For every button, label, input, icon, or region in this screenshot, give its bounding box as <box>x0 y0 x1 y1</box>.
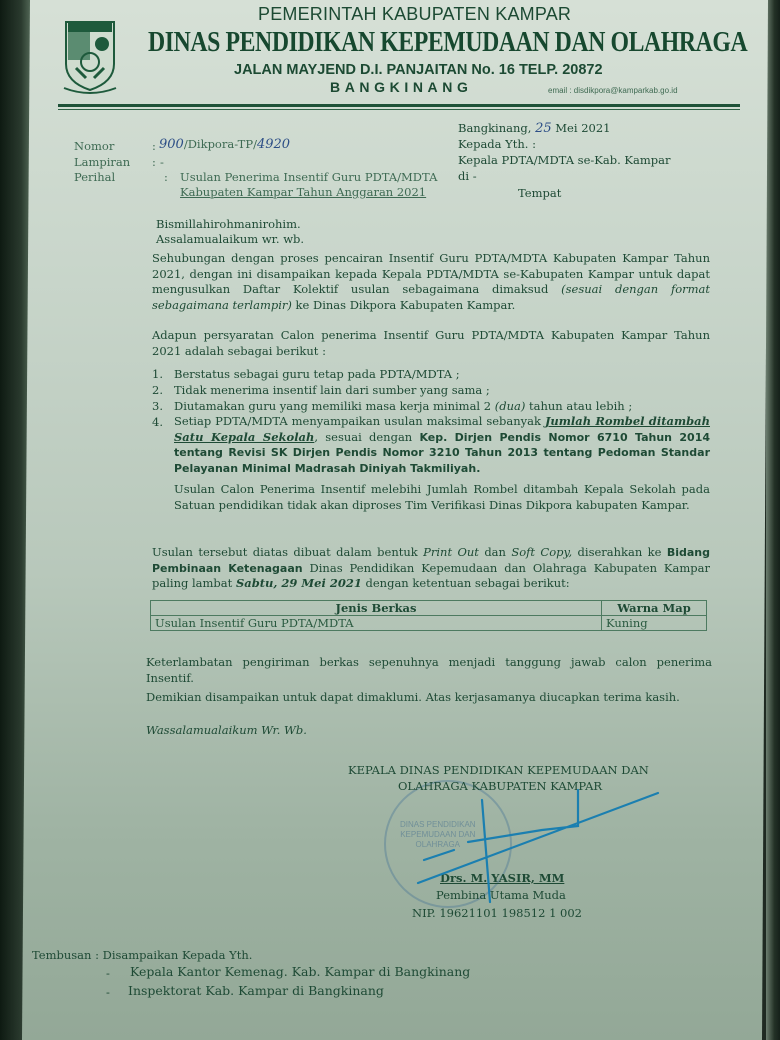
background-right-edge <box>766 0 780 1040</box>
tembusan-intro: Disampaikan Kepada Yth. <box>103 948 253 962</box>
letter-page: PEMERINTAH KABUPATEN KAMPAR DINAS PENDID… <box>22 0 768 1040</box>
tembusan-label-text: Tembusan <box>32 948 91 962</box>
tembusan-item-2: Inspektorat Kab. Kampar di Bangkinang <box>128 983 384 998</box>
tembusan-bullet-1: - <box>106 966 110 980</box>
handwritten-signature-icon <box>22 0 768 1040</box>
tembusan-label: Tembusan : Disampaikan Kepada Yth. <box>32 948 252 962</box>
tembusan-item-1: Kepala Kantor Kemenag. Kab. Kampar di Ba… <box>130 964 470 979</box>
tembusan-bullet-2: - <box>106 985 110 999</box>
